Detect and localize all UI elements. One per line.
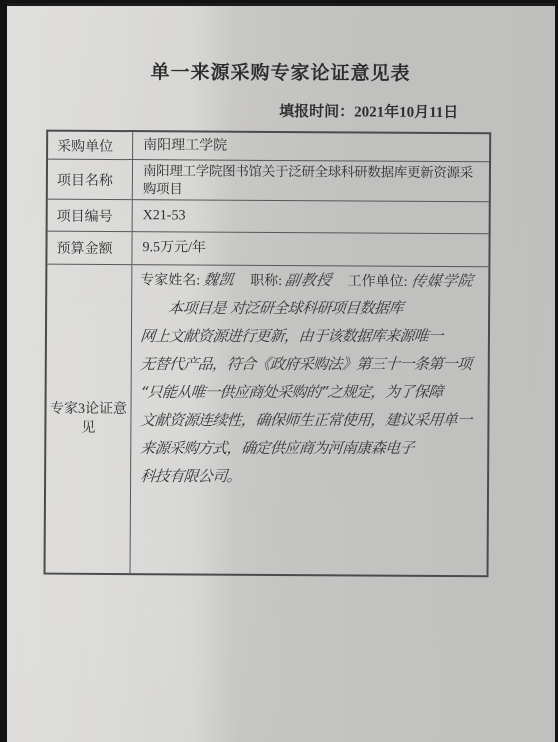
expert-title-label: 职称: <box>250 274 282 289</box>
row-value-project-number: X21-53 <box>133 200 489 233</box>
table-row: 项目名称 南阳理工学院图书馆关于泛研全球科研数据库更新资源采购项目 <box>48 160 489 203</box>
expert-title-handwritten: 副教授 <box>284 269 333 291</box>
opinion-line: 网上文献资源进行更新，由于该数据库来源唯一 <box>139 322 483 350</box>
expert-header-line: 专家姓名: 魏凯 职称: 副教授 工作单位: 传媒学院 <box>140 268 482 291</box>
row-label-project-number: 项目编号 <box>48 200 133 232</box>
expert-unit-label: 工作单位: <box>348 274 408 289</box>
row-value-project-name: 南阳理工学院图书馆关于泛研全球科研数据库更新资源采购项目 <box>133 160 489 201</box>
expert-opinion-row-label: 专家3论证意见 <box>46 265 133 574</box>
row-value-purchase-unit: 南阳理工学院 <box>133 132 489 161</box>
row-value-budget: 9.5万元/年 <box>132 232 488 266</box>
handwritten-opinion: 本项目是 对泛研全球科研项目数据库 网上文献资源进行更新，由于该数据库来源唯一 … <box>140 294 482 490</box>
opinion-line: 来源采购方式，确定供应商为河南康森电子 <box>139 434 483 462</box>
document-title: 单一来源采购专家论证意见表 <box>7 56 555 86</box>
opinion-line: 科技有限公司。 <box>139 462 483 490</box>
row-label-project-name: 项目名称 <box>48 160 133 200</box>
table-row: 预算金额 9.5万元/年 <box>47 232 488 268</box>
expert-unit-handwritten: 传媒学院 <box>410 270 475 292</box>
photo-background: 单一来源采购专家论证意见表 填报时间：2021年10月11日 采购单位 南阳理工… <box>0 0 558 742</box>
opinion-line: 无替代产品，符合《政府采购法》第三十一条第一项 <box>139 350 483 378</box>
row-label-budget: 预算金额 <box>47 232 132 265</box>
expert-name-handwritten: 魏凯 <box>202 268 236 289</box>
row-label-purchase-unit: 采购单位 <box>48 132 133 160</box>
expert-opinion-row: 专家3论证意见 专家姓名: 魏凯 职称: 副教授 工作单位: 传媒学院 本项目是… <box>46 265 489 576</box>
fill-date: 填报时间：2021年10月11日 <box>6 98 554 122</box>
opinion-line: “只能从唯一供应商处采购的”之规定，为了保障 <box>139 378 483 406</box>
expert-name-label: 专家姓名: <box>140 273 200 288</box>
paper-sheet: 单一来源采购专家论证意见表 填报时间：2021年10月11日 采购单位 南阳理工… <box>7 3 555 742</box>
expert-opinion-cell: 专家姓名: 魏凯 职称: 副教授 工作单位: 传媒学院 本项目是 对泛研全球科研… <box>131 265 489 575</box>
document-content: 单一来源采购专家论证意见表 填报时间：2021年10月11日 采购单位 南阳理工… <box>2 1 555 742</box>
opinion-line: 本项目是 对泛研全球科研项目数据库 <box>139 294 483 322</box>
form-table: 采购单位 南阳理工学院 项目名称 南阳理工学院图书馆关于泛研全球科研数据库更新资… <box>44 130 492 578</box>
table-row: 采购单位 南阳理工学院 <box>48 132 489 163</box>
opinion-line: 文献资源连续性，确保师生正常使用，建议采用单一 <box>139 406 483 434</box>
table-row: 项目编号 X21-53 <box>48 200 489 235</box>
